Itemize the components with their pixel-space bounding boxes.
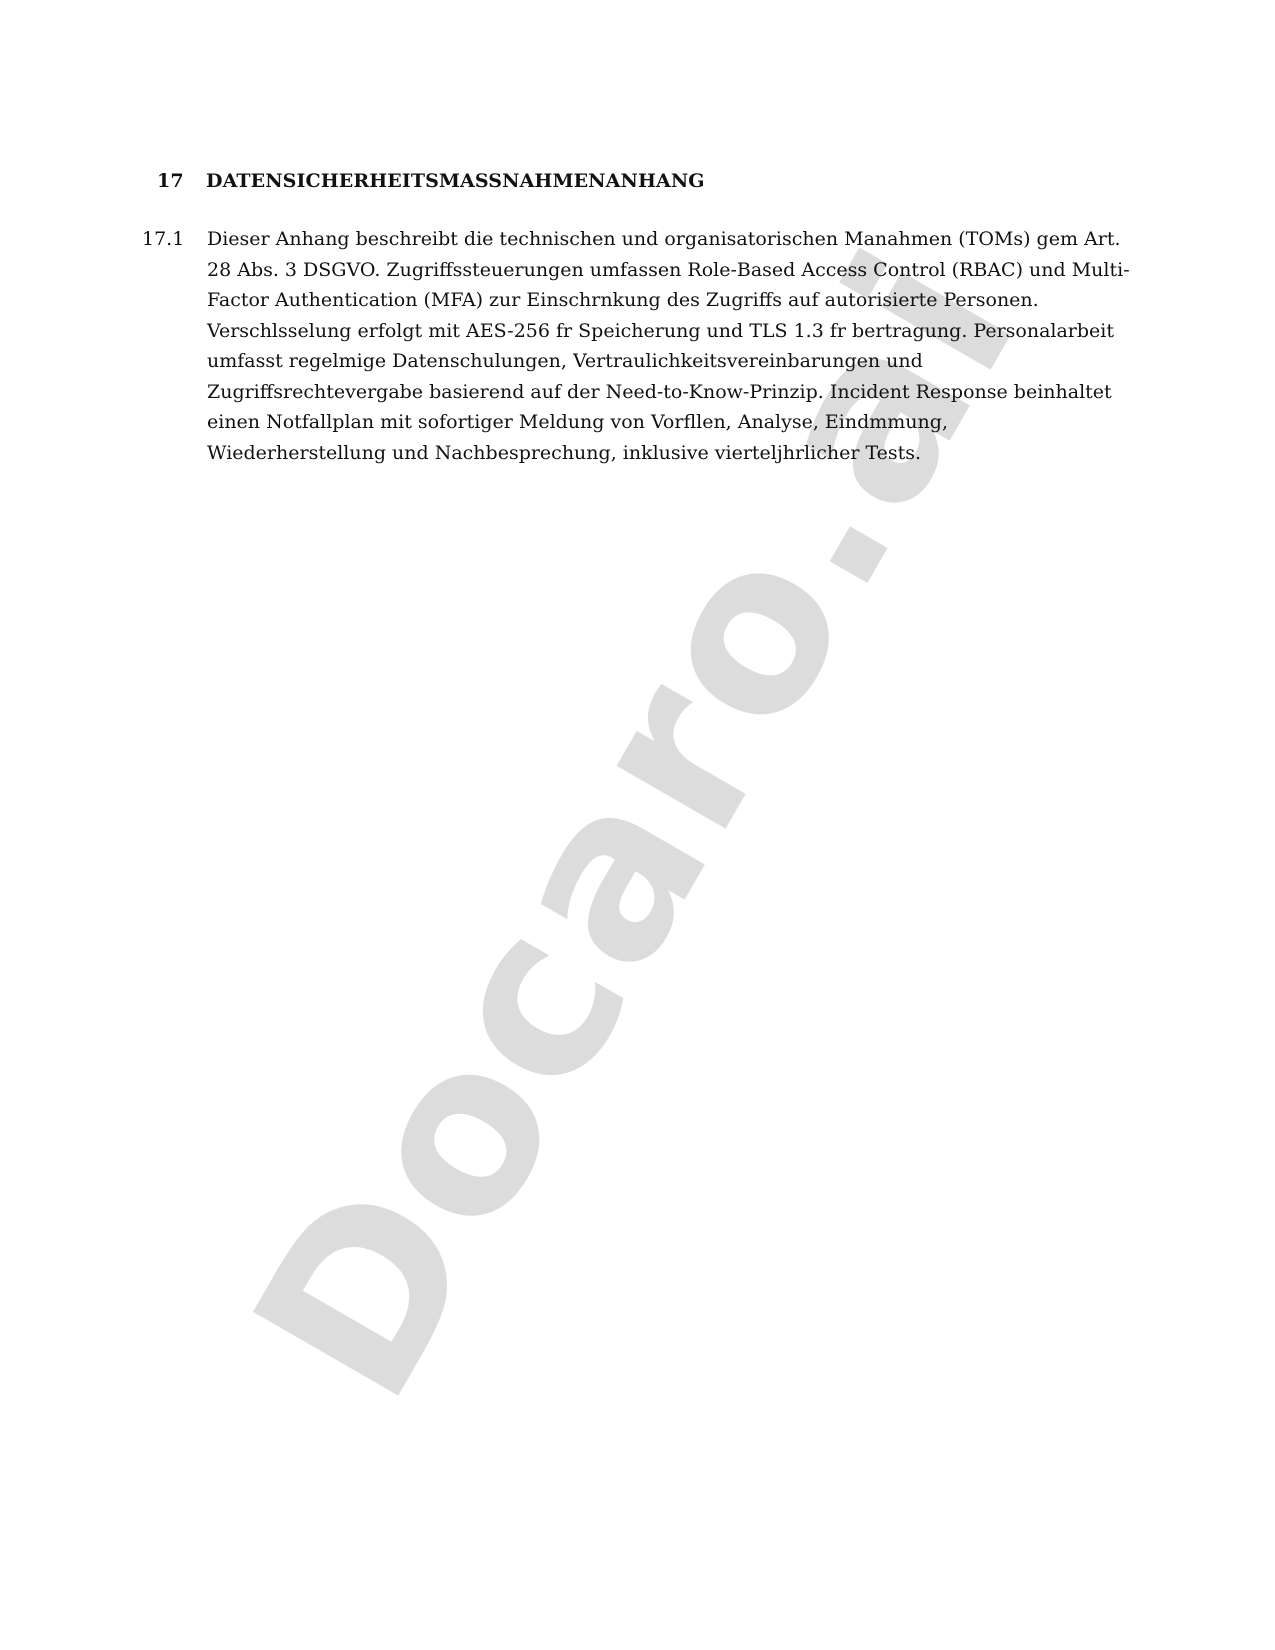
clause-line: 28 Abs. 3 DSGVO. Zugriffssteuerungen umf… xyxy=(207,255,1107,286)
document-page: Docaro.ai 17DATENSICHERHEITSMASSNAHMENAN… xyxy=(0,0,1275,1650)
section-title: DATENSICHERHEITSMASSNAHMENANHANG xyxy=(206,170,705,192)
section-heading: 17DATENSICHERHEITSMASSNAHMENANHANG xyxy=(157,170,705,192)
clause-text: Dieser Anhang beschreibt die technischen… xyxy=(207,224,1107,468)
clause-line: Zugriffsrechtevergabe basierend auf der … xyxy=(207,377,1107,408)
clause-number: 17.1 xyxy=(142,224,184,255)
clause-line: Factor Authentication (MFA) zur Einschrn… xyxy=(207,285,1107,316)
clause-line: einen Notfallplan mit sofortiger Meldung… xyxy=(207,407,1107,438)
clause-line: umfasst regelmige Datenschulungen, Vertr… xyxy=(207,346,1107,377)
section-number: 17 xyxy=(157,170,206,192)
clause-line: Verschlsselung erfolgt mit AES-256 fr Sp… xyxy=(207,316,1107,347)
clause-line: Dieser Anhang beschreibt die technischen… xyxy=(207,224,1107,255)
clause-line: Wiederherstellung und Nachbesprechung, i… xyxy=(207,438,1107,469)
